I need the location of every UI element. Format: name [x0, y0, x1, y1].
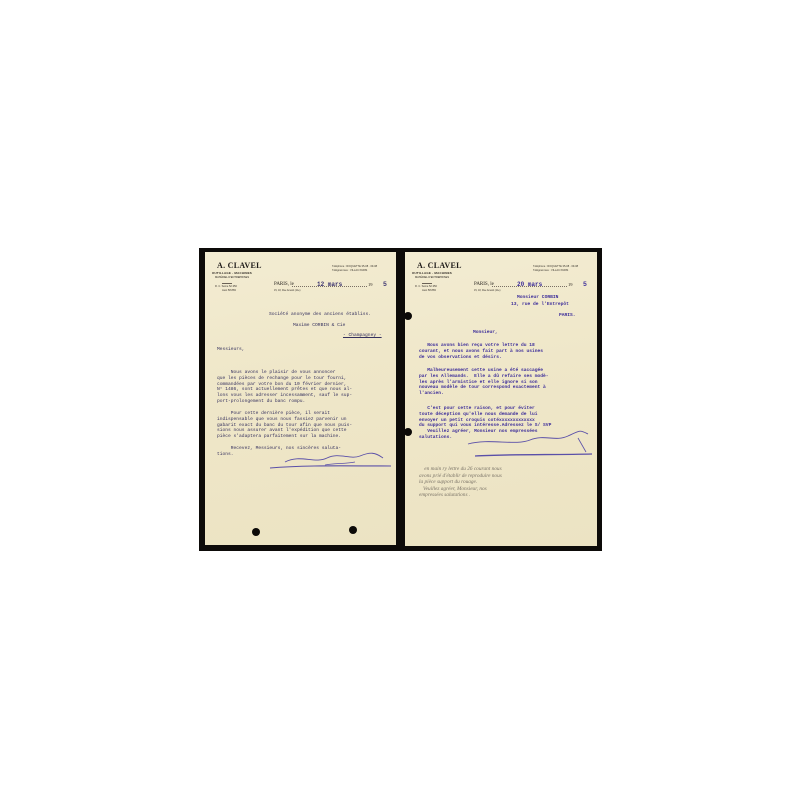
- signature: [265, 448, 395, 472]
- salutation: Monsieur,: [473, 330, 498, 336]
- letterhead-telegram: Télégrammes : VILLAC PARIS: [332, 269, 388, 273]
- letterhead-account: Aust 58.883: [222, 289, 236, 292]
- recipient-line: Monsieur CORBIN: [517, 295, 558, 301]
- letter-year-digit: 5: [383, 281, 387, 288]
- paragraph: Nous avons bien reçu votre lettre du 18 …: [419, 343, 543, 360]
- letter-date: 20 mars: [517, 281, 542, 288]
- punch-hole: [405, 428, 412, 436]
- punch-hole: [405, 312, 412, 320]
- recipient-line: - Champagney -: [343, 333, 382, 339]
- letterhead-subtagline: MATÉRIEL D'ENTREPRISES: [215, 276, 249, 279]
- letterhead-tagline: OUTILLAGE · MACHINES: [212, 271, 252, 275]
- letter-year-prefix: 19: [568, 282, 573, 287]
- paragraph: C'est pour cette raison, et pour éviter …: [419, 406, 551, 429]
- letterhead-registration: R. C. Seine 52.350: [415, 285, 437, 288]
- letterhead-rule: [222, 283, 232, 284]
- letterhead-company: A. CLAVEL: [417, 261, 462, 270]
- letterhead-subtagline: MATÉRIEL D'ENTREPRISES: [415, 276, 449, 279]
- letter-date: 12 mars: [317, 281, 342, 288]
- letterhead-street: 15, 18, Rue Amelot (11e): [474, 289, 500, 292]
- letterhead-contact: Téléphone : ROQUETTE 35-08 · 09-08 Télég…: [332, 265, 388, 273]
- letterhead-city: PARIS, le: [474, 282, 494, 287]
- paragraph: Pour cette dernière pièce, il serait ind…: [217, 411, 352, 440]
- letterhead-rule: [422, 283, 432, 284]
- punch-hole: [349, 526, 357, 534]
- letter-page-left: A. CLAVEL OUTILLAGE · MACHINES MATÉRIEL …: [205, 252, 396, 545]
- letterhead-company: A. CLAVEL: [217, 261, 262, 270]
- paragraph: Malheureusement cette usine a été saccag…: [419, 368, 549, 397]
- letterhead-street: 15, 18, Rue Amelot (11e): [274, 289, 300, 292]
- letterhead-contact: Téléphone : ROQUETTE 35-08 · 09-08 Télég…: [533, 265, 589, 273]
- letter-year-prefix: 19: [368, 282, 373, 287]
- recipient-line: Maxime CORBIN & Cie: [293, 323, 345, 329]
- recipient-line: Société anonyme des anciens établiss.: [269, 312, 371, 318]
- letterhead-account: Aust 58.883: [422, 289, 436, 292]
- recipient-line: 13, rue de l'Entrepôt: [511, 302, 569, 308]
- recipient-line: PARIS.: [559, 313, 576, 319]
- letterhead-tagline: OUTILLAGE · MACHINES: [412, 271, 452, 275]
- handwritten-note: en main ry lettre du 26 courant nous avo…: [419, 466, 502, 499]
- signature: [460, 428, 595, 460]
- paragraph: Nous avons le plaisir de vous annoncer q…: [217, 370, 352, 405]
- letter-page-right: A. CLAVEL OUTILLAGE · MACHINES MATÉRIEL …: [405, 252, 597, 546]
- letterhead-registration: R. C. Seine 52.350: [215, 285, 237, 288]
- letterhead-telegram: Télégrammes : VILLAC PARIS: [533, 269, 589, 273]
- salutation: Messieurs,: [217, 347, 245, 353]
- letterhead-city: PARIS, le: [274, 282, 294, 287]
- letter-year-digit: 5: [583, 281, 587, 288]
- punch-hole: [252, 528, 260, 536]
